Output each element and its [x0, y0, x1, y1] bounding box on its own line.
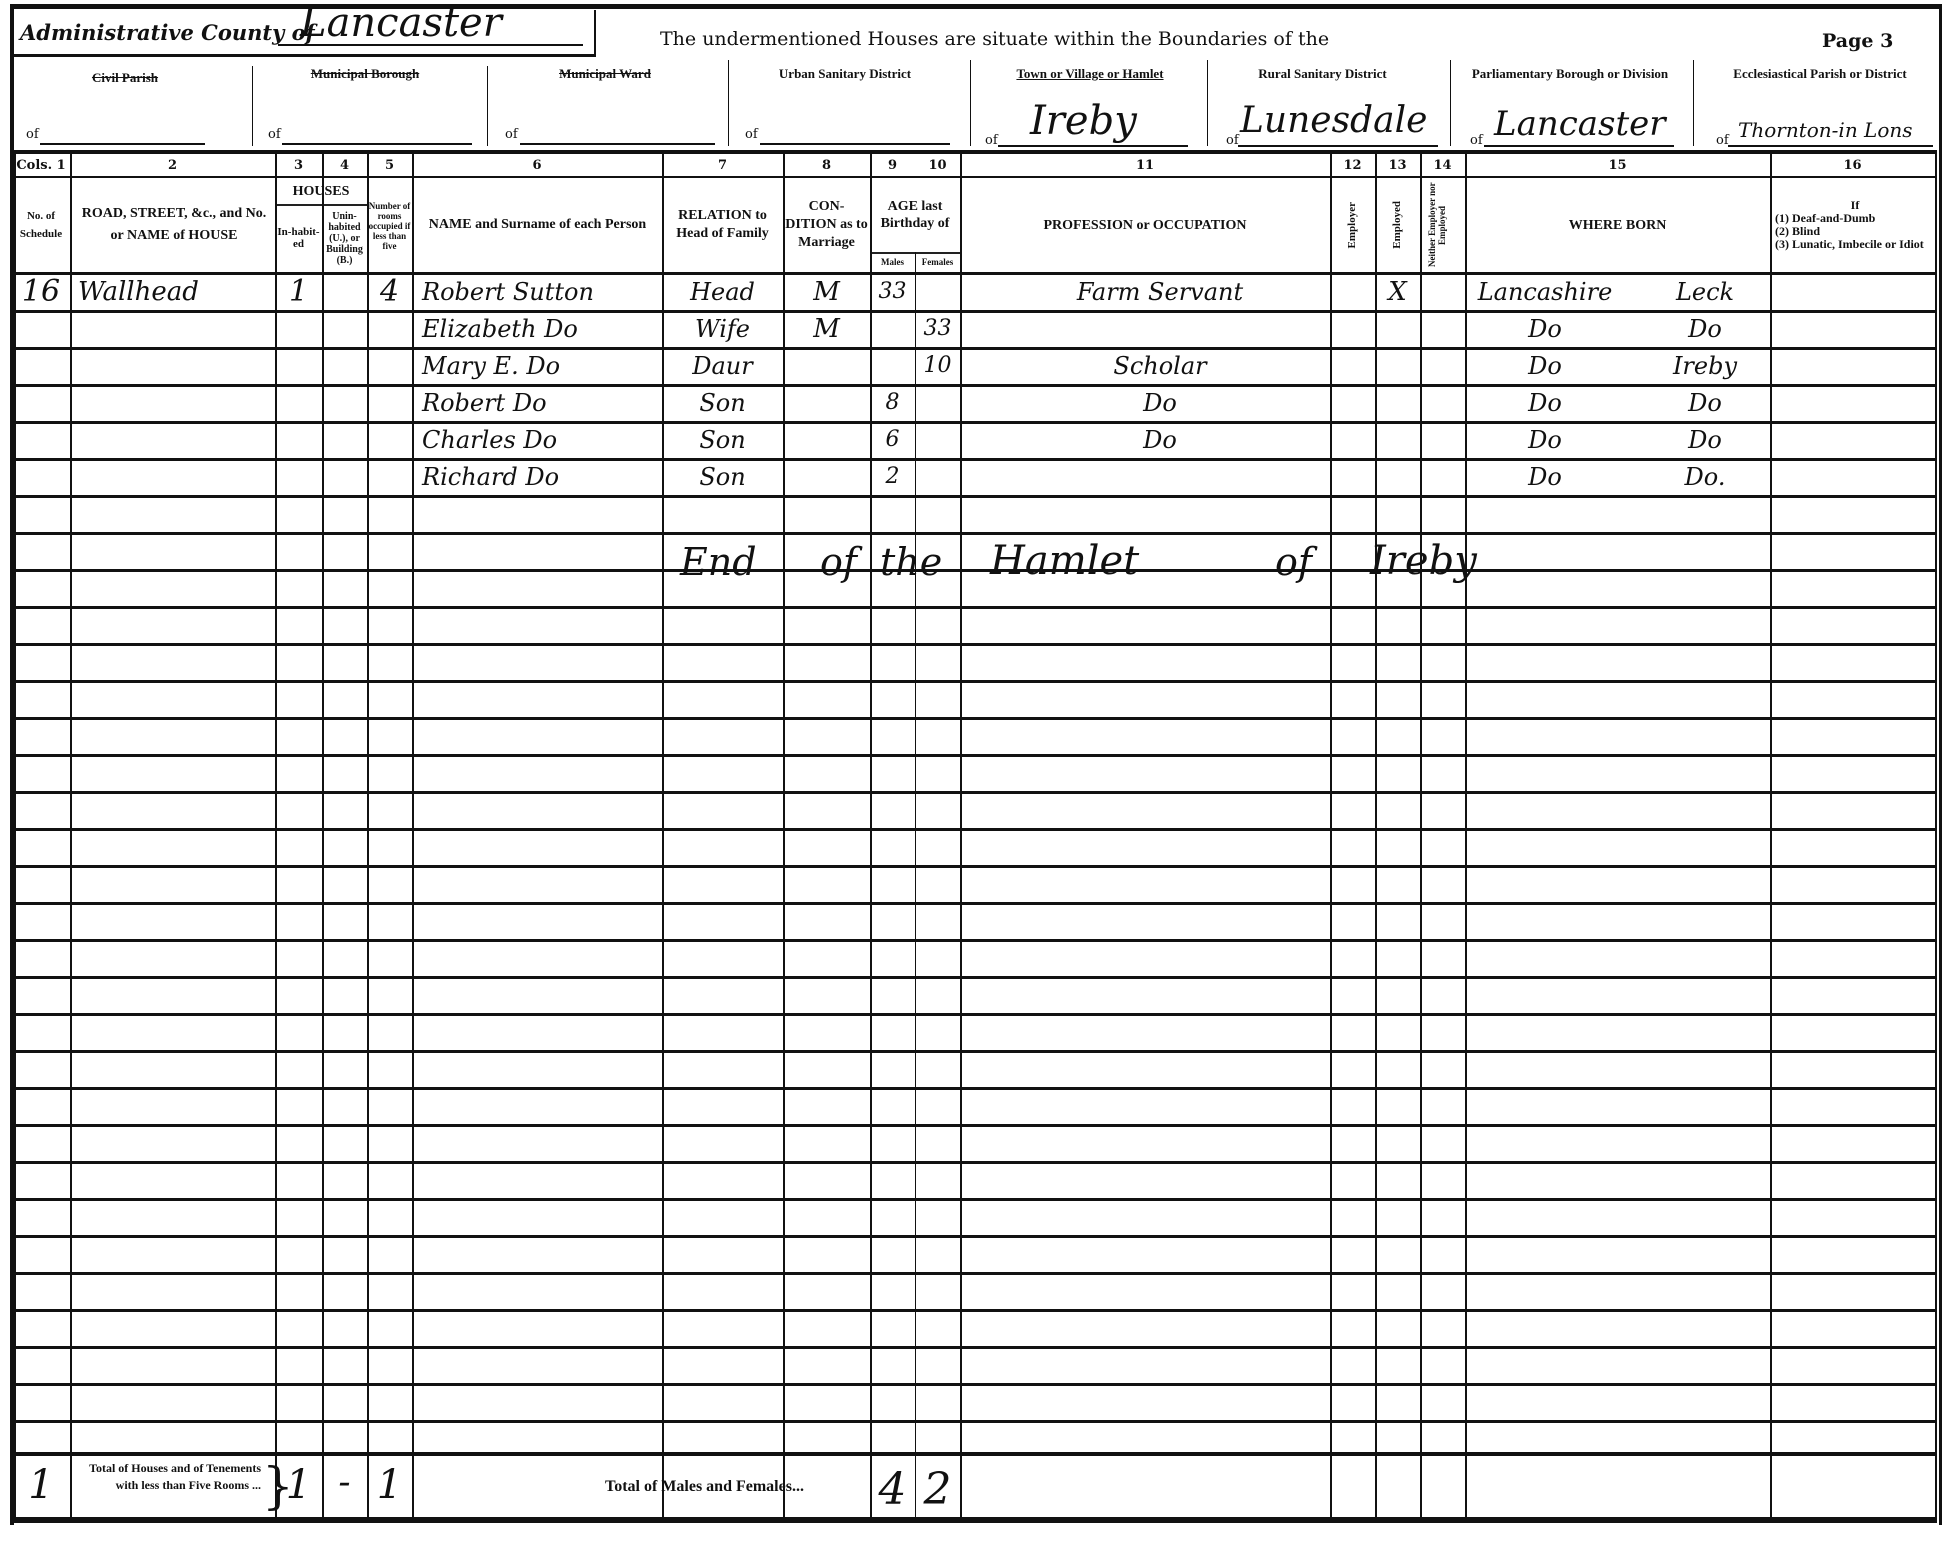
schedule-number: 16 — [12, 277, 70, 307]
colnum-15: 15 — [1465, 158, 1770, 173]
header-age-males: Males — [870, 254, 915, 270]
divider — [487, 66, 488, 146]
row-rule — [14, 754, 1935, 757]
row-rule — [14, 569, 1935, 572]
colnum-3: 3 — [275, 158, 322, 173]
colnum-4: 4 — [322, 158, 367, 173]
boundary-bottom-rule — [12, 150, 1937, 154]
row-rule — [14, 1272, 1935, 1275]
boundary-value: Lunesdale — [1240, 100, 1427, 141]
total-males: 4 — [870, 1464, 915, 1515]
header-label: NAME and Surname of each Person — [429, 215, 646, 235]
of-label: of — [1470, 133, 1483, 148]
born-place: Do — [1640, 388, 1770, 418]
column-divider — [322, 152, 324, 1520]
age-male: 8 — [870, 388, 915, 418]
row-rule — [14, 865, 1935, 868]
row-rule — [14, 606, 1935, 609]
divider — [970, 60, 971, 146]
boundary-value-line — [1238, 145, 1438, 147]
row-rule — [14, 347, 1935, 350]
note-word: of — [820, 540, 857, 584]
born-place: Do — [1640, 425, 1770, 455]
column-divider — [870, 152, 872, 1520]
of-label: of — [26, 127, 39, 142]
total-inhabited: 1 — [275, 1462, 322, 1508]
row-rule — [14, 791, 1935, 794]
column-divider — [275, 152, 277, 1520]
of-label: of — [1716, 133, 1729, 148]
born-county: Do — [1470, 462, 1620, 492]
row-rule — [14, 1124, 1935, 1127]
boundary-value-line — [998, 145, 1188, 147]
row-rule — [14, 1050, 1935, 1053]
born-place: Leck — [1640, 277, 1770, 307]
born-county: Do — [1470, 388, 1620, 418]
rooms: 4 — [367, 277, 412, 307]
header-schedule: No. of Schedule — [12, 180, 70, 270]
employed-mark: X — [1375, 277, 1420, 307]
header-road-street: ROAD, STREET, &c., and No. or NAME of HO… — [74, 180, 274, 270]
row-rule — [14, 717, 1935, 720]
person-name: Robert Sutton — [422, 277, 660, 307]
colnum-rule — [12, 176, 1937, 178]
boundary-label: Parliamentary Borough or Division — [1470, 66, 1670, 82]
column-divider — [783, 152, 785, 1520]
column-divider — [70, 152, 72, 1520]
boundary-value-line — [40, 143, 205, 145]
header-name: NAME and Surname of each Person — [420, 180, 655, 270]
row-rule — [14, 532, 1935, 535]
header-neither: Neither Employer nor Employed — [1420, 180, 1465, 270]
divider — [1207, 60, 1208, 146]
row-rule — [14, 902, 1935, 905]
person-name: Mary E. Do — [422, 351, 660, 381]
total-houses-label: Total of Houses and of Tenements with le… — [86, 1460, 261, 1494]
header-label: No. of Schedule — [12, 207, 70, 243]
note-word: Hamlet — [990, 538, 1139, 584]
row-rule — [14, 384, 1935, 387]
colnum-5: 5 — [367, 158, 412, 173]
header-inhabited: In-habit-ed — [275, 206, 322, 270]
inhabited: 1 — [275, 277, 322, 307]
person-name: Elizabeth Do — [422, 314, 660, 344]
row-rule — [14, 976, 1935, 979]
row-rule — [14, 421, 1935, 424]
row-rule — [14, 1161, 1935, 1164]
colnum-13: 13 — [1375, 158, 1420, 173]
column-divider — [915, 252, 916, 1520]
row-rule — [14, 1309, 1935, 1312]
boundary-value: Ireby — [1030, 98, 1137, 144]
totals-bottom-rule — [12, 1517, 1937, 1523]
intro-text: The undermentioned Houses are situate wi… — [660, 28, 1329, 50]
person-name: Richard Do — [422, 462, 660, 492]
age-male: 2 — [870, 462, 915, 492]
admin-county-label: Administrative County of — [20, 20, 315, 45]
relation: Son — [662, 425, 783, 455]
column-divider — [1330, 152, 1332, 1520]
boundary-label: Ecclesiastical Parish or District — [1705, 66, 1935, 82]
person-name: Robert Do — [422, 388, 660, 418]
header-label: Employed — [1392, 201, 1403, 249]
boundary-label: Rural Sanitary District — [1215, 66, 1430, 82]
note-word: End — [680, 540, 757, 584]
header-label-3: (3) Lunatic, Imbecile or Idiot — [1775, 238, 1924, 251]
note-word: of — [1275, 540, 1312, 584]
header-houses: HOUSES — [275, 180, 367, 202]
of-label: of — [745, 127, 758, 142]
row-rule — [14, 1383, 1935, 1386]
boundary-label: Civil Parish — [40, 70, 210, 86]
header-age: AGE last Birthday of — [870, 180, 960, 250]
header-uninhabited: Unin-habited (U.), or Building (B.) — [322, 206, 367, 270]
age-male: 6 — [870, 425, 915, 455]
divider — [1693, 60, 1694, 146]
boundary-value: Thornton-in Lons — [1738, 118, 1913, 142]
row-rule — [14, 680, 1935, 683]
note-word: Ireby — [1370, 538, 1477, 584]
header-relation: RELATION to Head of Family — [662, 180, 783, 270]
occupation: Scholar — [990, 351, 1330, 381]
boundary-label: Municipal Borough — [270, 66, 460, 82]
colnum-9: 9 — [870, 158, 915, 173]
row-rule — [14, 1420, 1935, 1423]
column-divider — [1465, 152, 1467, 1520]
born-county: Do — [1470, 314, 1620, 344]
header-label: Unin-habited (U.), or Building (B.) — [322, 211, 367, 266]
header-infirmity: If (1) Deaf-and-Dumb (2) Blind (3) Lunat… — [1775, 180, 1935, 270]
column-divider — [1375, 152, 1377, 1520]
divider — [252, 66, 253, 146]
colnum-2: 2 — [70, 158, 275, 173]
boundary-value-line — [520, 143, 715, 145]
column-divider — [1935, 152, 1937, 1520]
colnum-8: 8 — [783, 158, 870, 173]
relation: Daur — [662, 351, 783, 381]
total-persons-label: Total of Males and Females... — [605, 1478, 804, 1496]
condition: M — [783, 277, 870, 307]
born-place: Ireby — [1640, 351, 1770, 381]
born-place: Do — [1640, 314, 1770, 344]
colnum-16: 16 — [1770, 158, 1935, 173]
header-label: AGE last Birthday of — [870, 198, 960, 232]
header-label: Number of rooms occupied if less than fi… — [367, 201, 412, 251]
column-divider — [1420, 152, 1422, 1520]
age-female: 10 — [915, 351, 960, 381]
boundary-value-line — [1484, 145, 1674, 147]
born-county: Do — [1470, 425, 1620, 455]
row-rule — [14, 310, 1935, 313]
relation: Son — [662, 462, 783, 492]
row-rule — [14, 495, 1935, 498]
total-schedules: 1 — [12, 1462, 70, 1508]
occupation: Do — [990, 388, 1330, 418]
header-label: ROAD, STREET, &c., and No. or NAME of HO… — [74, 203, 274, 247]
row-rule — [14, 828, 1935, 831]
of-label: of — [505, 127, 518, 142]
person-name: Charles Do — [422, 425, 660, 455]
colnum-12: 12 — [1330, 158, 1375, 173]
header-condition: CON-DITION as to Marriage — [783, 180, 870, 270]
born-county: Do — [1470, 351, 1620, 381]
of-label: of — [1226, 133, 1239, 148]
row-rule — [14, 458, 1935, 461]
header-where-born: WHERE BORN — [1465, 180, 1770, 270]
of-label: of — [985, 133, 998, 148]
totals-top-rule — [12, 1452, 1937, 1456]
born-county: Lancashire — [1470, 277, 1620, 307]
row-rule — [14, 1235, 1935, 1238]
row-rule — [14, 939, 1935, 942]
occupation: Do — [990, 425, 1330, 455]
column-divider — [412, 152, 414, 1520]
total-rooms: 1 — [367, 1462, 412, 1508]
boundary-value-line — [282, 143, 472, 145]
boundary-label: Municipal Ward — [520, 66, 690, 82]
note-word: the — [880, 540, 942, 584]
row-rule — [14, 1087, 1935, 1090]
condition: M — [783, 314, 870, 344]
total-uninhabited: - — [322, 1462, 367, 1503]
relation: Head — [662, 277, 783, 307]
of-label: of — [268, 127, 281, 142]
born-place: Do. — [1640, 462, 1770, 492]
header-rooms: Number of rooms occupied if less than fi… — [367, 182, 412, 270]
header-label: Employer — [1347, 202, 1358, 248]
header-label: CON-DITION as to Marriage — [783, 198, 870, 252]
page-number: Page 3 — [1822, 30, 1893, 52]
column-divider — [1770, 152, 1772, 1520]
admin-county-value: Lancaster — [300, 0, 502, 46]
header-label: RELATION to Head of Family — [662, 207, 783, 243]
header-label: PROFESSION or OCCUPATION — [1043, 218, 1246, 233]
boundary-label: Town or Village or Hamlet — [980, 66, 1200, 82]
colnum-7: 7 — [662, 158, 783, 173]
occupation: Farm Servant — [990, 277, 1330, 307]
divider — [728, 60, 729, 146]
colnum-10: 10 — [915, 158, 960, 173]
row-rule — [14, 1198, 1935, 1201]
header-employed: Employed — [1375, 180, 1420, 270]
boundary-label: Urban Sanitary District — [745, 66, 945, 82]
relation: Wife — [662, 314, 783, 344]
colnum-14: 14 — [1420, 158, 1465, 173]
header-age-females: Females — [915, 254, 960, 270]
colnum-1: Cols. 1 — [12, 158, 70, 173]
age-female: 33 — [915, 314, 960, 344]
total-females: 2 — [915, 1464, 960, 1515]
header-label: WHERE BORN — [1569, 218, 1667, 233]
header-employer: Employer — [1330, 180, 1375, 270]
colnum-6: 6 — [412, 158, 662, 173]
boundary-value: Lancaster — [1494, 104, 1666, 144]
header-label: In-habit-ed — [275, 226, 322, 250]
boundary-value-line — [1728, 145, 1933, 147]
row-rule — [14, 1346, 1935, 1349]
house-name: Wallhead — [78, 277, 273, 307]
row-rule — [14, 1013, 1935, 1016]
column-divider — [12, 152, 16, 1520]
column-divider — [960, 152, 962, 1520]
age-male: 33 — [870, 277, 915, 307]
column-divider — [367, 152, 369, 1520]
relation: Son — [662, 388, 783, 418]
colnum-11: 11 — [960, 158, 1330, 173]
boundary-value-line — [760, 143, 950, 145]
row-rule — [14, 643, 1935, 646]
divider — [1450, 60, 1451, 146]
header-occupation: PROFESSION or OCCUPATION — [960, 180, 1330, 270]
header-label: Neither Employer nor Employed — [1427, 180, 1459, 270]
